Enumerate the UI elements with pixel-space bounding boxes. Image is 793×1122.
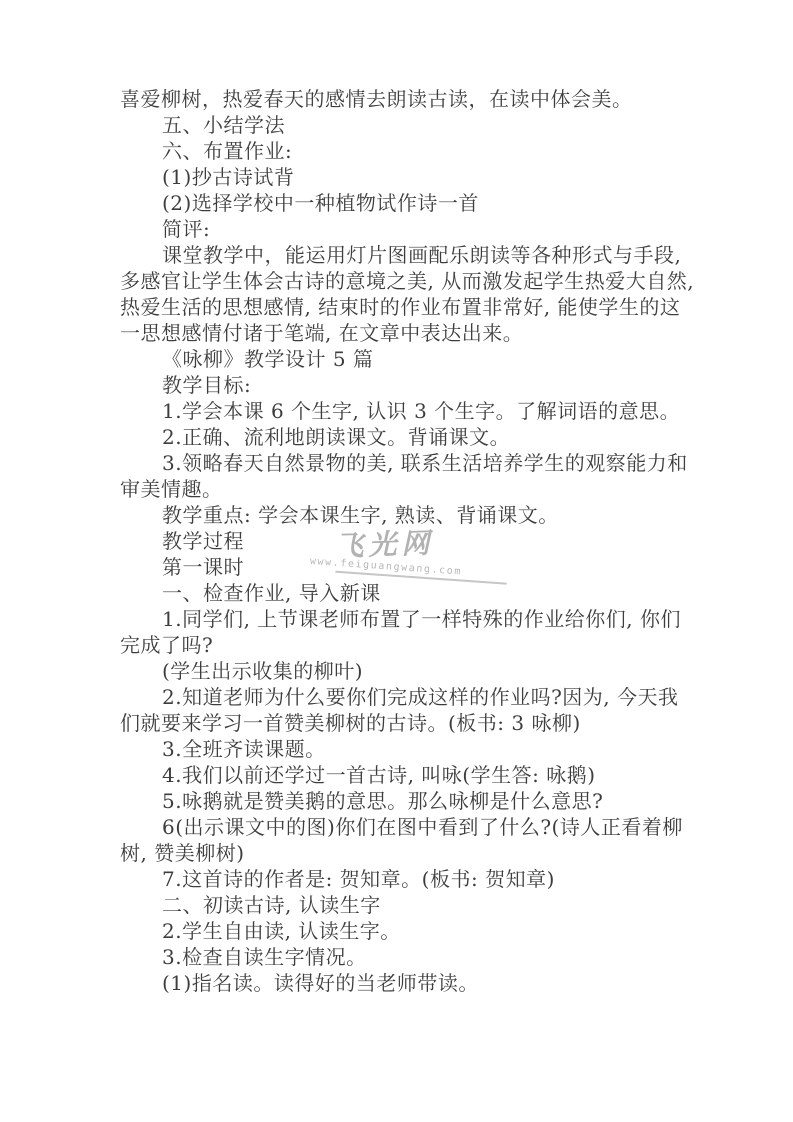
text-line: 7.这首诗的作者是: 贺知章。(板书: 贺知章) — [120, 866, 695, 892]
text-line: (学生出示收集的柳叶) — [120, 658, 695, 684]
text-line: 3.检查自读生字情况。 — [120, 944, 695, 970]
text-line: 树, 赞美柳树) — [120, 840, 695, 866]
text-line: 一、检查作业, 导入新课 — [120, 580, 695, 606]
text-line: 1.同学们, 上节课老师布置了一样特殊的作业给你们, 你们 — [120, 606, 695, 632]
text-line: 教学过程 — [120, 528, 695, 554]
text-line: 2.知道老师为什么要你们完成这样的作业吗?因为, 今天我 — [120, 684, 695, 710]
document-page: 喜爱柳树，热爱春天的感情去朗读古读，在读中体会美。五、小结学法六、布置作业:(1… — [0, 0, 793, 1122]
text-line: 1.学会本课 6 个生字, 认识 3 个生字。了解词语的意思。 — [120, 398, 695, 424]
text-line: 2.学生自由读, 认读生字。 — [120, 918, 695, 944]
text-line: 审美情趣。 — [120, 476, 695, 502]
text-line: 六、布置作业: — [120, 138, 695, 164]
text-line: 《咏柳》教学设计 5 篇 — [120, 346, 695, 372]
text-line: 热爱生活的思想感情, 结束时的作业布置非常好, 能使学生的这 — [120, 294, 695, 320]
text-line: (1)抄古诗试背 — [120, 164, 695, 190]
text-line: 们就要来学习一首赞美柳树的古诗。(板书: 3 咏柳) — [120, 710, 695, 736]
text-line: 3.领略春天自然景物的美, 联系生活培养学生的观察能力和 — [120, 450, 695, 476]
text-line: 完成了吗? — [120, 632, 695, 658]
text-line: 课堂教学中，能运用灯片图画配乐朗读等各种形式与手段, — [120, 242, 695, 268]
text-line: 第一课时 — [120, 554, 695, 580]
text-line: 5.咏鹅就是赞美鹅的意思。那么咏柳是什么意思? — [120, 788, 695, 814]
document-text-block: 喜爱柳树，热爱春天的感情去朗读古读，在读中体会美。五、小结学法六、布置作业:(1… — [120, 86, 695, 996]
text-line: 简评: — [120, 216, 695, 242]
text-line: 二、初读古诗, 认读生字 — [120, 892, 695, 918]
text-line: 教学重点: 学会本课生字, 熟读、背诵课文。 — [120, 502, 695, 528]
text-line: 2.正确、流利地朗读课文。背诵课文。 — [120, 424, 695, 450]
text-line: (2)选择学校中一种植物试作诗一首 — [120, 190, 695, 216]
text-line: 教学目标: — [120, 372, 695, 398]
text-line: 五、小结学法 — [120, 112, 695, 138]
text-line: 一思想感情付诸于笔端, 在文章中表达出来。 — [120, 320, 695, 346]
text-line: 4.我们以前还学过一首古诗, 叫咏(学生答: 咏鹅) — [120, 762, 695, 788]
text-line: 多感官让学生体会古诗的意境之美, 从而激发起学生热爱大自然, — [120, 268, 695, 294]
text-line: 6(出示课文中的图)你们在图中看到了什么?(诗人正看着柳 — [120, 814, 695, 840]
text-line: 3.全班齐读课题。 — [120, 736, 695, 762]
text-line: (1)指名读。读得好的当老师带读。 — [120, 970, 695, 996]
text-line: 喜爱柳树，热爱春天的感情去朗读古读，在读中体会美。 — [120, 86, 695, 112]
